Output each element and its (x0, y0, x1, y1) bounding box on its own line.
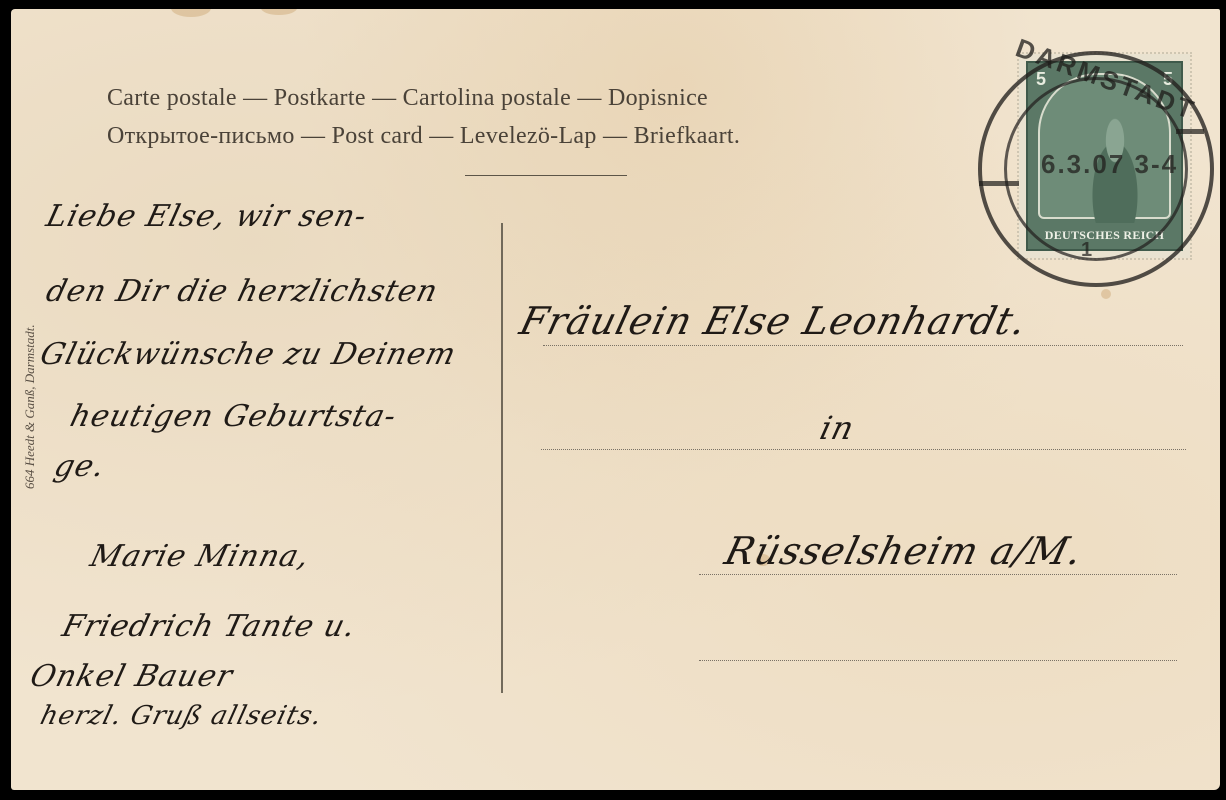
address-dotted-line-1 (543, 345, 1183, 346)
postcard-header-line-1: Carte postale — Postkarte — Cartolina po… (107, 85, 708, 112)
address-recipient: Fräulein Else Leonhardt. (516, 299, 1032, 343)
address-city: Rüsselsheim a/M. (721, 529, 1088, 573)
address-preposition: in (816, 409, 858, 447)
address-dotted-line-3 (699, 574, 1177, 575)
stain (171, 9, 211, 17)
postmark-date: 6.3.07 3-4 (1041, 149, 1178, 180)
message-signature: Onkel Bauer (27, 659, 237, 694)
divider-top-rule (465, 175, 627, 176)
postcard: Carte postale — Postkarte — Cartolina po… (11, 9, 1220, 790)
message-line: Glückwünsche zu Deinem (37, 337, 460, 372)
stain (1101, 289, 1111, 299)
address-dotted-line-2 (541, 449, 1186, 450)
stain (261, 9, 297, 15)
divider-vertical-rule (501, 223, 503, 693)
postmark-time-value: 3-4 (1135, 149, 1179, 179)
message-signature: Friedrich Tante u. (59, 609, 360, 644)
message-line: ge. (51, 449, 109, 484)
message-closing: herzl. Gruß allseits. (37, 701, 325, 731)
postmark-bar (1176, 129, 1204, 134)
message-line: Liebe Else, wir sen- (43, 199, 371, 234)
message-line: heutigen Geburtsta- (67, 399, 401, 434)
publisher-imprint: 664 Heedt & Ganß, Darmstadt. (22, 324, 38, 489)
message-signature: Marie Minna, (87, 539, 314, 574)
postcard-header-line-2: Открытое-письмо — Post card — Levelezö-L… (107, 123, 740, 150)
postmark-bar (979, 181, 1019, 186)
address-dotted-line-4 (699, 660, 1177, 661)
postmark-number: 1 (1081, 239, 1092, 262)
postmark-date-value: 6.3.07 (1041, 149, 1125, 179)
message-line: den Dir die herzlichsten (43, 274, 442, 309)
